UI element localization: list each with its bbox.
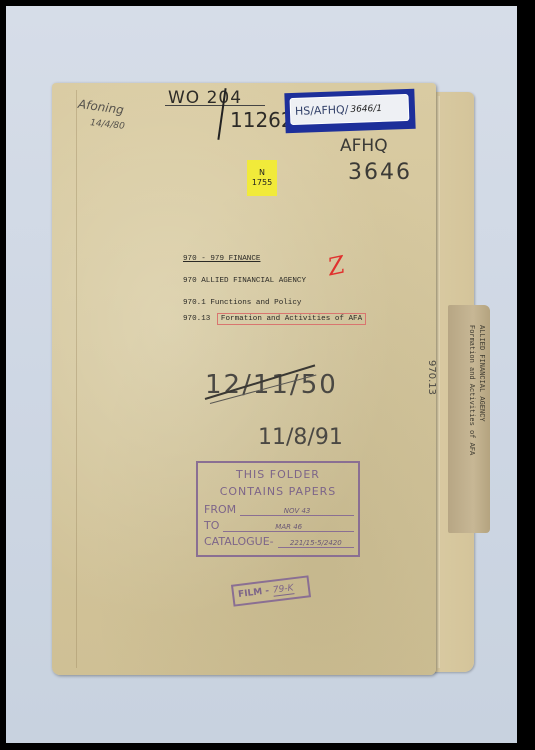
reference-label: HS/AFHQ/ 3646/1: [284, 89, 415, 134]
typed-subject: 970.13 Formation and Activities of AFA: [183, 315, 366, 323]
reference-underline: [165, 105, 265, 106]
sticky-line2: 1755: [252, 178, 272, 188]
stamp-line2: CONTAINS PAPERS: [198, 485, 358, 498]
afhq-number: 3646: [348, 160, 412, 185]
sticky-note: N 1755: [247, 160, 277, 196]
folder-contents-stamp: THIS FOLDER CONTAINS PAPERS FROM NOV 43 …: [196, 461, 360, 557]
stamp-from-row: FROM NOV 43: [204, 503, 354, 516]
folder-tab-line2: Formation and Activities of AFA: [467, 325, 475, 455]
struck-pencil-date: 12/11/50: [205, 370, 338, 400]
typed-category: 970 - 979 FINANCE: [183, 255, 260, 263]
afhq-handwritten: AFHQ: [340, 136, 388, 156]
stamp-from-value: NOV 43: [240, 507, 354, 516]
film-label: FILM -: [238, 586, 270, 600]
label-handwritten-number: 3646/1: [350, 103, 382, 114]
stamp-catalogue-row: CATALOGUE- 221/15-5/2420: [204, 535, 354, 548]
stamp-from-label: FROM: [204, 503, 236, 516]
typed-functions: 970.1 Functions and Policy: [183, 299, 301, 307]
typed-subject-title: Formation and Activities of AFA: [217, 313, 366, 325]
stamp-to-label: TO: [204, 519, 219, 532]
label-printed-text: HS/AFHQ/: [295, 103, 349, 118]
stamp-line1: THIS FOLDER: [198, 468, 358, 481]
typed-agency: 970 ALLIED FINANCIAL AGENCY: [183, 277, 306, 285]
folder-tab-line1: ALLIED FINANCIAL AGENCY: [477, 325, 485, 422]
film-number: 79-K: [272, 583, 294, 596]
stamp-to-value: MAR 46: [223, 523, 354, 532]
stamp-catalogue-value: 221/15-5/2420: [278, 539, 354, 548]
reference-label-inner: HS/AFHQ/ 3646/1: [290, 94, 410, 125]
stamp-catalogue-label: CATALOGUE-: [204, 535, 274, 548]
sticky-line1: N: [259, 168, 265, 178]
stamp-to-row: TO MAR 46: [204, 519, 354, 532]
typed-subject-code: 970.13: [183, 315, 210, 323]
folder-tab-text: ALLIED FINANCIAL AGENCY Formation and Ac…: [456, 325, 486, 505]
side-reference: 970.13: [426, 360, 437, 395]
cover-fold-line: [76, 90, 77, 668]
pencil-date: 11/8/91: [258, 425, 343, 450]
